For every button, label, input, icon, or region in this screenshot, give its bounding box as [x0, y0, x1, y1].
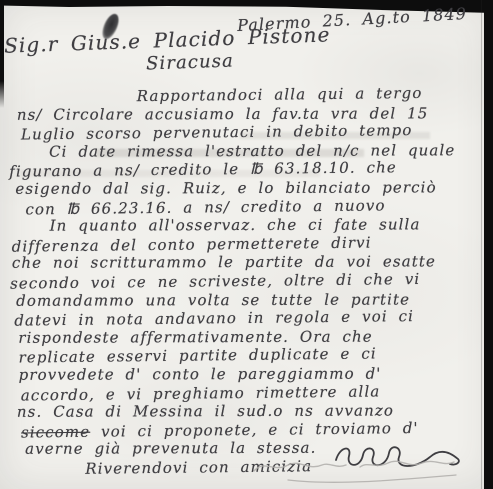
letter-place: Siracusa [146, 50, 235, 74]
letter-body: Rapportandoci alla qui a tergons/ Circol… [9, 84, 473, 478]
scanned-letter-page: Palermo 25. Ag.to 1849 Sig.r Gius.e Plac… [0, 0, 493, 489]
scan-border-right-edge-line [481, 0, 482, 489]
struck-out-word: siccome [21, 422, 90, 441]
faint-pencil-signature [248, 453, 464, 487]
scan-border-right [484, 0, 493, 489]
